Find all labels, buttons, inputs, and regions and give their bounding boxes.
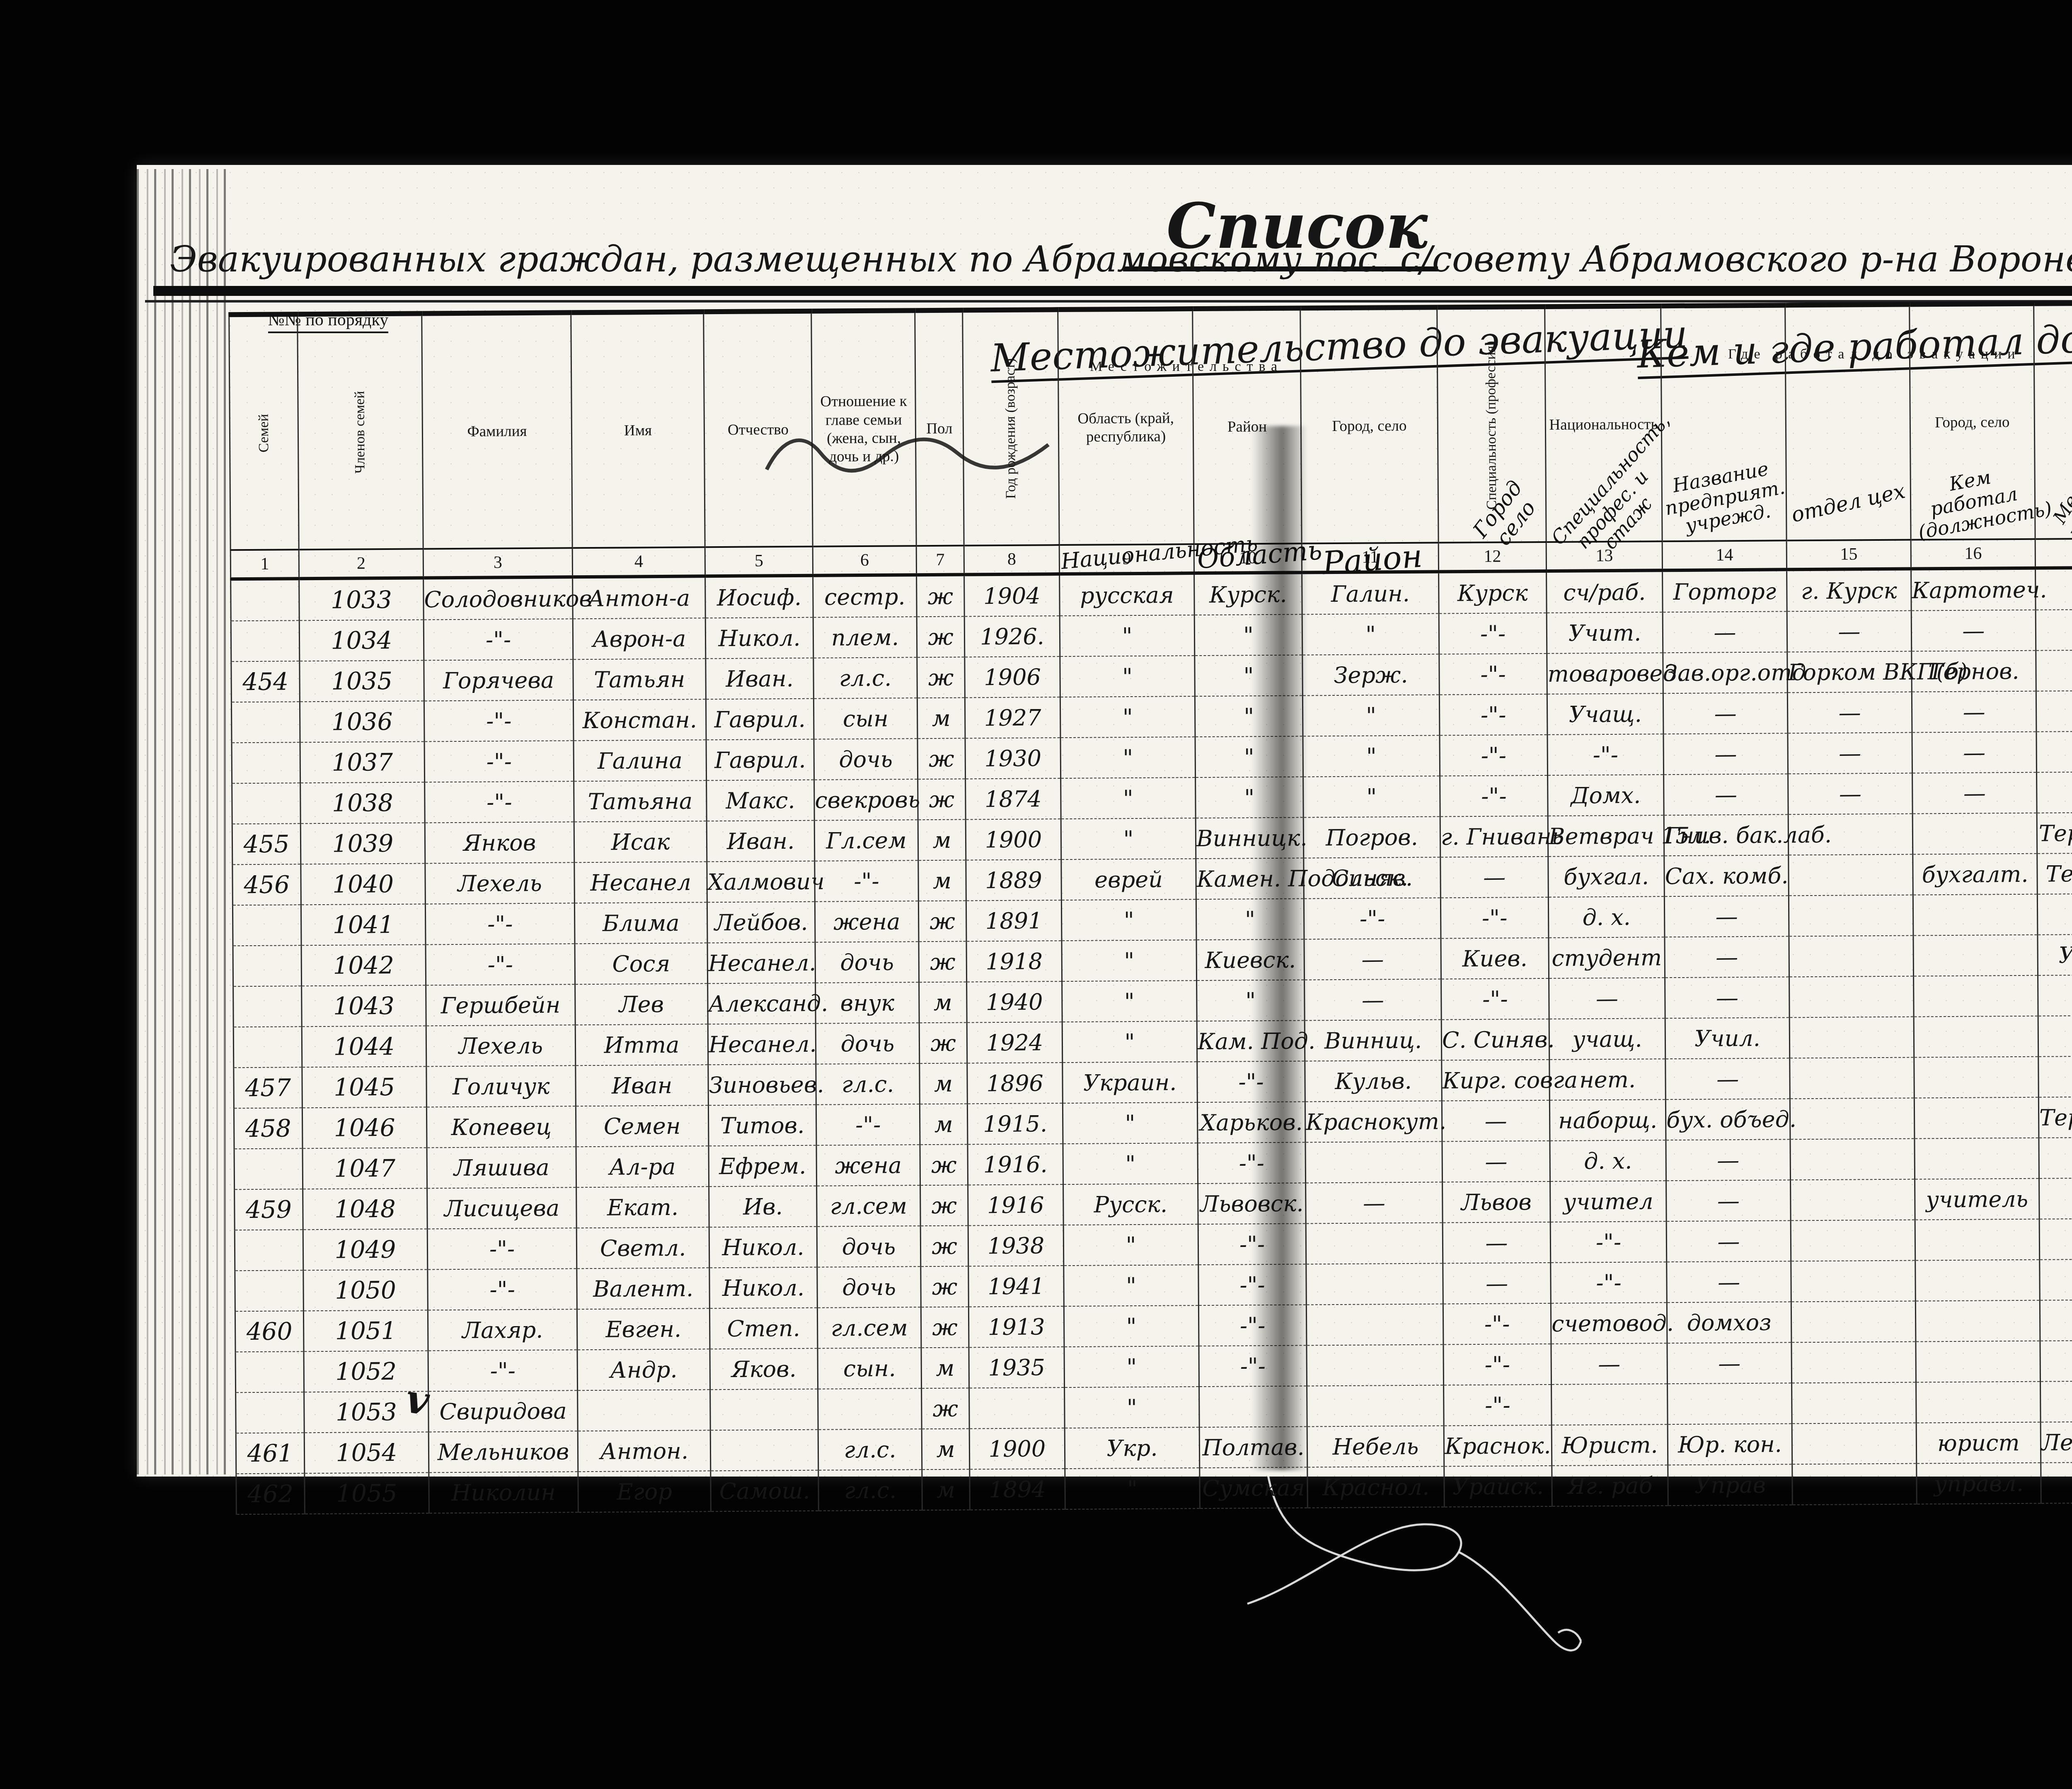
table-cell: " [1062, 980, 1197, 1022]
table-cell: 1941 [968, 1266, 1064, 1307]
table-cell: м [918, 819, 966, 860]
table-cell [578, 1390, 711, 1431]
table-cell: -"- [1440, 775, 1548, 817]
table-cell: Несанел. [708, 1024, 816, 1065]
table-cell: ж [919, 941, 967, 982]
table-cell: 1930 [965, 738, 1061, 779]
table-cell: Яков. [710, 1348, 818, 1390]
table-cell: — [1442, 1141, 1550, 1182]
table-cell: Аврон-а [573, 618, 706, 659]
table-cell: Кульв. [1305, 1060, 1442, 1101]
table-cell: Горторг [1663, 569, 1787, 612]
table-cell: Самош. [711, 1470, 819, 1512]
table-cell [233, 986, 302, 1027]
table-cell: Николин [429, 1472, 579, 1513]
table-cell: 1041 [301, 904, 426, 945]
table-cell: " [1060, 615, 1195, 656]
header-printed-label [1786, 422, 1910, 425]
table-cell: учащ. [1549, 1018, 1665, 1060]
table-cell: 1896 [967, 1063, 1063, 1104]
table-cell: 1916. [968, 1144, 1063, 1185]
table-cell: Татьяна [574, 780, 707, 822]
table-cell: 454 [231, 661, 300, 702]
column-number: 4 [572, 547, 705, 577]
table-cell [1552, 1384, 1668, 1425]
table-cell: " [1197, 980, 1305, 1022]
table-cell: — [1549, 978, 1665, 1019]
table-cell [1791, 1261, 1916, 1302]
table-cell: ж [922, 1388, 970, 1429]
table-cell: -"- [428, 1269, 577, 1310]
table-cell: -"- [1198, 1305, 1307, 1346]
table-cell: -"- [1439, 613, 1547, 654]
table-cell: 1926. [964, 616, 1060, 657]
table-cell [231, 620, 300, 661]
table-cell [1306, 1263, 1443, 1305]
table-cell: " [1194, 615, 1302, 656]
table-cell [231, 702, 300, 743]
table-cell: 1938 [968, 1225, 1064, 1266]
table-cell: " [1062, 1021, 1197, 1063]
table-cell: " [1060, 737, 1196, 778]
table-cell: " [1064, 1265, 1199, 1306]
table-cell: " [1061, 899, 1196, 941]
table-cell: -"- [424, 741, 574, 782]
table-cell: Халмович [707, 861, 815, 903]
table-cell: г. Курск [1787, 569, 1912, 612]
header-cell: Город, селоКем работал (должность) [1910, 304, 2035, 540]
table-cell [710, 1430, 818, 1471]
table-cell: Камен. Подольск. [1196, 858, 1304, 900]
table-cell: домхоз [1667, 1302, 1791, 1343]
table-cell: -"- [426, 944, 575, 985]
table-cell: -"- [1199, 1345, 1307, 1387]
table-cell: 460 [235, 1311, 304, 1352]
table-cell: Валент. [577, 1268, 710, 1309]
table-cell: -"- [1440, 897, 1549, 939]
table-cell: Львов [1443, 1181, 1551, 1223]
table-cell [1913, 935, 2038, 976]
table-cell [1789, 976, 1914, 1018]
table-cell: " [1062, 940, 1197, 981]
table-cell: Урайск. [1444, 1466, 1552, 1507]
table-cell: Иван. [706, 658, 814, 700]
table-cell: Сумская [1200, 1467, 1308, 1508]
table-cell [1791, 1301, 1916, 1343]
table-cell: " [1061, 818, 1196, 859]
table-cell: — [1443, 1222, 1551, 1264]
table-cell: свекровь [814, 779, 918, 821]
header-printed-label: Национальность [1546, 414, 1661, 435]
table-cell [1791, 1342, 1916, 1383]
table-cell: — [1787, 692, 1912, 734]
table-cell: Егор [578, 1471, 711, 1512]
table-cell: Терн. с/с [2037, 812, 2072, 854]
table-cell: Свиридова [428, 1390, 578, 1432]
table-cell [1789, 855, 1913, 896]
table-cell: -"- [1439, 654, 1547, 695]
table-cell: м [922, 1428, 970, 1469]
table-cell: -"- [427, 1228, 577, 1269]
table-cell [1915, 1260, 2040, 1301]
table-cell [236, 1392, 305, 1433]
table-cell: -"- [1443, 1344, 1552, 1385]
table-cell: Лейбов. [707, 902, 815, 943]
table-cell: -"- [1440, 735, 1548, 776]
column-number: 1 [230, 550, 299, 579]
header-printed-label: Специальность (профессия) [1482, 340, 1501, 511]
table-cell: Кирг. совга [1442, 1060, 1550, 1101]
header-printed-label: Пол [916, 419, 963, 439]
table-cell: " [1063, 1224, 1198, 1266]
table-cell: Александ. [708, 983, 816, 1024]
table-cell: 462 [236, 1473, 305, 1514]
header-printed-label: Отчество [705, 420, 811, 441]
table-cell: внук [816, 982, 920, 1024]
header-printed-label: Имя [572, 420, 704, 441]
table-cell: Тернов. с/с [2038, 1097, 2072, 1138]
table-cell: -"- [1443, 1303, 1551, 1345]
table-cell: Учил. [2038, 934, 2072, 976]
table-cell: 1033 [299, 578, 424, 620]
table-cell: 1046 [302, 1107, 427, 1148]
column-number: 12 [1438, 542, 1546, 572]
table-cell [2040, 1259, 2072, 1300]
header-printed-label: Год рождения (возраст) [1001, 357, 1021, 499]
table-cell [233, 945, 302, 986]
divider-rule-heavy [153, 286, 2072, 296]
table-cell: -"- [1198, 1264, 1307, 1305]
table-cell: 1038 [300, 782, 425, 823]
table-cell: — [1665, 1058, 1790, 1099]
table-cell: ж [917, 575, 965, 617]
table-cell: Киевск. [1196, 939, 1305, 981]
table-cell: -"- [425, 903, 575, 944]
table-cell: Укр. [1065, 1427, 1200, 1469]
table-cell: Несанел [574, 862, 707, 903]
table-cell: ж [921, 1307, 969, 1348]
table-cell [1915, 1300, 2040, 1342]
table-cell: 1055 [305, 1472, 429, 1514]
table-cell: 1894 [970, 1469, 1065, 1510]
table-cell: Иосиф. [705, 576, 813, 618]
table-cell [1792, 1382, 1917, 1424]
table-cell: Сося [575, 943, 708, 984]
table-cell: Итта [575, 1024, 708, 1065]
header-cell: Название предприят. учрежд. [1661, 305, 1786, 541]
header-cell: Специальность (профессия)Город село [1437, 307, 1546, 543]
table-cell: Юрист. [1552, 1424, 1668, 1466]
table-cell [1914, 1016, 2038, 1058]
table-cell: Сах. комб. [1664, 855, 1789, 896]
table-cell: " [1196, 899, 1304, 940]
table-cell: — [1665, 936, 1789, 978]
table-cell [1306, 1304, 1443, 1345]
evacuee-table: СемейЧленов семейФамилияИмяОтчествоОтнош… [228, 300, 2072, 1515]
table-cell: " [1064, 1305, 1199, 1347]
table-cell: Татьян [573, 658, 706, 700]
header-cell: Семей [229, 314, 299, 550]
header-cell: отдел цех [1785, 305, 1911, 541]
table-cell: Андр. [577, 1349, 710, 1390]
header-cell: Область (край, республика)Национальность [1058, 309, 1194, 545]
table-cell: Голичук [426, 1065, 576, 1107]
table-cell: Лехель [426, 1025, 576, 1066]
table-cell [2041, 1381, 2072, 1422]
table-cell: наборщ. [1549, 1099, 1666, 1141]
table-cell: Учил. [1665, 1017, 1790, 1059]
table-cell: -"- [1551, 1262, 1667, 1303]
table-cell: Мельников [428, 1431, 578, 1472]
table-cell: " [1060, 696, 1195, 738]
table-cell: -"- [1439, 694, 1547, 736]
table-cell: — [1304, 938, 1441, 980]
table-cell: студент [1549, 937, 1665, 978]
column-number: 2 [299, 549, 423, 579]
table-cell: — [1442, 1100, 1550, 1142]
table-cell: Кам. Под. [1197, 1021, 1305, 1062]
column-number: 3 [423, 548, 572, 578]
table-cell: — [1664, 774, 1789, 815]
table-cell [1306, 1223, 1443, 1264]
table-cell: " [1303, 776, 1440, 818]
table-cell [1307, 1344, 1444, 1386]
table-cell: " [1060, 656, 1195, 697]
table-cell: Украин. [1063, 1062, 1198, 1103]
table-cell [1914, 976, 2038, 1017]
table-cell [235, 1351, 304, 1392]
table-cell: Курск. [1194, 573, 1302, 615]
table-cell [2039, 1178, 2072, 1219]
table-cell: Небель [1307, 1426, 1444, 1467]
header-printed-label: Город, село [1302, 416, 1437, 436]
table-cell: Краснол. [1307, 1466, 1445, 1508]
table-cell: Гаврил. [706, 739, 814, 781]
table-cell: гл.сем [817, 1307, 921, 1348]
table-cell: 1034 [299, 620, 424, 661]
table-cell: ж [920, 1225, 968, 1266]
table-cell [1791, 1179, 1915, 1221]
table-cell: ж [917, 738, 966, 779]
table-cell: бухгал. [1548, 856, 1665, 897]
table-cell: м [917, 697, 965, 738]
table-cell: Галина [574, 740, 707, 781]
table-cell: учител [1550, 1181, 1667, 1222]
header-printed-label: Город, село [1911, 412, 2034, 433]
table-cell: Учит. [1547, 612, 1663, 654]
table-cell: Никол. [705, 617, 813, 659]
header-cell: Год рождения (возраст) [963, 310, 1059, 545]
table-cell: Яг. раб [1552, 1465, 1668, 1506]
ledger-page: Список Эвакуированных граждан, размещенн… [137, 165, 2072, 1477]
table-cell [232, 742, 300, 783]
table-cell: Винниц. [1305, 1019, 1442, 1061]
table-cell [969, 1387, 1065, 1428]
table-cell: ж [920, 1144, 968, 1185]
table-cell: 1049 [303, 1229, 428, 1270]
table-cell: Винницк. [1196, 818, 1304, 859]
table-cell [2038, 1056, 2072, 1097]
table-cell: -"- [815, 860, 919, 902]
table-cell: счетовод. [1551, 1302, 1667, 1344]
table-cell [235, 1270, 304, 1311]
table-cell: Горком ВКП(б) [1787, 651, 1912, 693]
table-cell [2037, 893, 2072, 935]
table-cell: сестр. [813, 575, 917, 617]
table-cell: Тернов. [1912, 651, 2036, 692]
divider-rule-thin [145, 300, 2072, 303]
table-cell: Исак [574, 821, 707, 862]
table-cell [232, 783, 301, 824]
table-cell: дочь [817, 1226, 921, 1267]
table-cell: " [1196, 777, 1304, 818]
table-cell: дочь [816, 1023, 920, 1064]
column-number: 8 [964, 545, 1059, 574]
table-cell: 1043 [302, 985, 426, 1026]
table-cell: Львовск. [1198, 1183, 1306, 1224]
table-cell: -"- [428, 1350, 578, 1391]
column-number: 11 [1302, 543, 1438, 573]
table-cell: -"- [1547, 734, 1664, 775]
table-cell: 1053 [304, 1391, 429, 1433]
table-cell: -"- [424, 700, 574, 741]
table-cell: юрист [1916, 1422, 2041, 1464]
column-number: 15 [1786, 540, 1911, 570]
table-cell: ж [919, 1022, 967, 1063]
table-cell: Никол. [709, 1227, 817, 1268]
table-cell: — [1440, 857, 1549, 898]
table-cell: дочь [814, 738, 918, 780]
table-cell: 459 [235, 1189, 303, 1230]
table-cell: Никол. [709, 1267, 818, 1309]
table-cell: Ал-ра [576, 1146, 709, 1187]
table-cell: Иван [576, 1065, 709, 1106]
table-cell: С. Синяв. [1441, 1019, 1549, 1060]
table-cell: — [1788, 733, 1912, 774]
table-cell: гл.с. [816, 1063, 920, 1105]
table-cell: дочь [815, 942, 919, 983]
photo-background: Список Эвакуированных граждан, размещенн… [0, 0, 2072, 1789]
table-cell: — [1666, 1139, 1791, 1181]
table-cell [2036, 609, 2072, 651]
table-cell: 455 [232, 823, 301, 864]
table-cell [1912, 813, 2037, 855]
column-number: 5 [705, 547, 813, 576]
table-cell: м [921, 1347, 969, 1388]
table-cell: 1935 [969, 1347, 1065, 1388]
table-cell [1789, 936, 1914, 977]
table-cell: -"- [1550, 1221, 1667, 1263]
table-cell [1914, 1097, 2039, 1139]
table-cell [1791, 1220, 1915, 1261]
table-cell: Погров. [1303, 816, 1440, 858]
table-cell: — [1666, 1220, 1791, 1262]
table-cell: Галин. [1302, 572, 1439, 615]
table-cell: товаровед. [1547, 653, 1663, 694]
table-cell: 1891 [966, 900, 1062, 941]
column-number: 10 [1194, 544, 1302, 574]
table-cell: -"- [1441, 978, 1549, 1020]
table-cell: Гнив. бак.лаб. [1664, 814, 1789, 856]
table-cell: 1927 [965, 697, 1060, 738]
table-cell: -"- [1444, 1385, 1552, 1426]
header-handwritten-label: Кем работал (должность) [1909, 460, 2039, 543]
table-cell: м [920, 1104, 968, 1145]
table-cell: — [1667, 1342, 1792, 1384]
table-cell: 1040 [301, 863, 426, 905]
table-cell: 457 [234, 1067, 303, 1108]
table-cell: Янков [425, 822, 574, 863]
table-cell: 1054 [304, 1432, 429, 1473]
table-cell: Антон. [578, 1430, 711, 1472]
table-cell: Лахяр. [428, 1309, 577, 1351]
table-cell: Евген. [577, 1308, 710, 1350]
table-cell: Екат. [576, 1186, 709, 1228]
column-number: 7 [916, 546, 964, 575]
table-cell: Констан. [573, 699, 706, 741]
table-cell: 1050 [303, 1269, 428, 1311]
table-cell [234, 1148, 303, 1189]
table-cell [2038, 1015, 2072, 1057]
table-cell: Гаврил. [706, 699, 814, 740]
table-cell: Горячева [424, 659, 574, 701]
header-cell: Отношение к главе семьи (жена, сын, дочь… [811, 310, 916, 547]
table-cell: " [1303, 736, 1440, 777]
table-cell [1668, 1383, 1792, 1424]
header-cell: Название учреждения, предприятия, колхоз… [2034, 303, 2072, 539]
column-number: 9 [1059, 544, 1194, 574]
table-cell: Ефрем. [709, 1145, 817, 1187]
header-printed-label: Членов семей [351, 390, 370, 475]
header-cell: Членов семей [298, 313, 423, 550]
table-cell [1199, 1386, 1307, 1427]
table-cell [1790, 1139, 1915, 1180]
table-cell: Гершбейн [426, 984, 576, 1026]
table-cell: Тернов. [2037, 853, 2072, 894]
table-cell: Краснок. [1444, 1425, 1552, 1467]
table-cell: Лев [575, 983, 708, 1025]
table-cell [1789, 895, 1913, 937]
table-cell: учитель [1915, 1179, 2040, 1220]
table-cell: м [918, 860, 966, 901]
table-cell: Лехель [425, 862, 575, 904]
table-cell [1307, 1385, 1444, 1426]
table-cell: Домх. [1548, 775, 1664, 816]
table-cell: Зерж. [1302, 654, 1440, 696]
table-cell: — [1912, 772, 2037, 814]
table-cell: " [1195, 655, 1303, 697]
table-cell: сч/раб. [1547, 570, 1663, 613]
table-cell: 1048 [303, 1188, 428, 1230]
table-cell: — [1911, 610, 2036, 651]
table-cell: гл.с. [818, 1429, 922, 1470]
table-cell: д. х. [1548, 896, 1665, 938]
table-cell: — [1912, 691, 2036, 733]
table-cell [1305, 1141, 1443, 1183]
table-cell: Лепехино [2041, 1421, 2072, 1463]
table-cell: — [1666, 1180, 1791, 1221]
header-cell: РайонОбласть [1193, 308, 1302, 545]
table-cell: Макс. [707, 780, 815, 821]
table-cell: управл. [1917, 1463, 2041, 1504]
table-cell: — [1663, 733, 1788, 775]
table-cell: Учащ. [1547, 693, 1663, 735]
table-cell: м [920, 1063, 968, 1104]
table-cell: 1924 [967, 1022, 1063, 1063]
table-cell [710, 1389, 818, 1431]
table-cell [1915, 1219, 2040, 1261]
table-cell: 1044 [302, 1026, 426, 1067]
